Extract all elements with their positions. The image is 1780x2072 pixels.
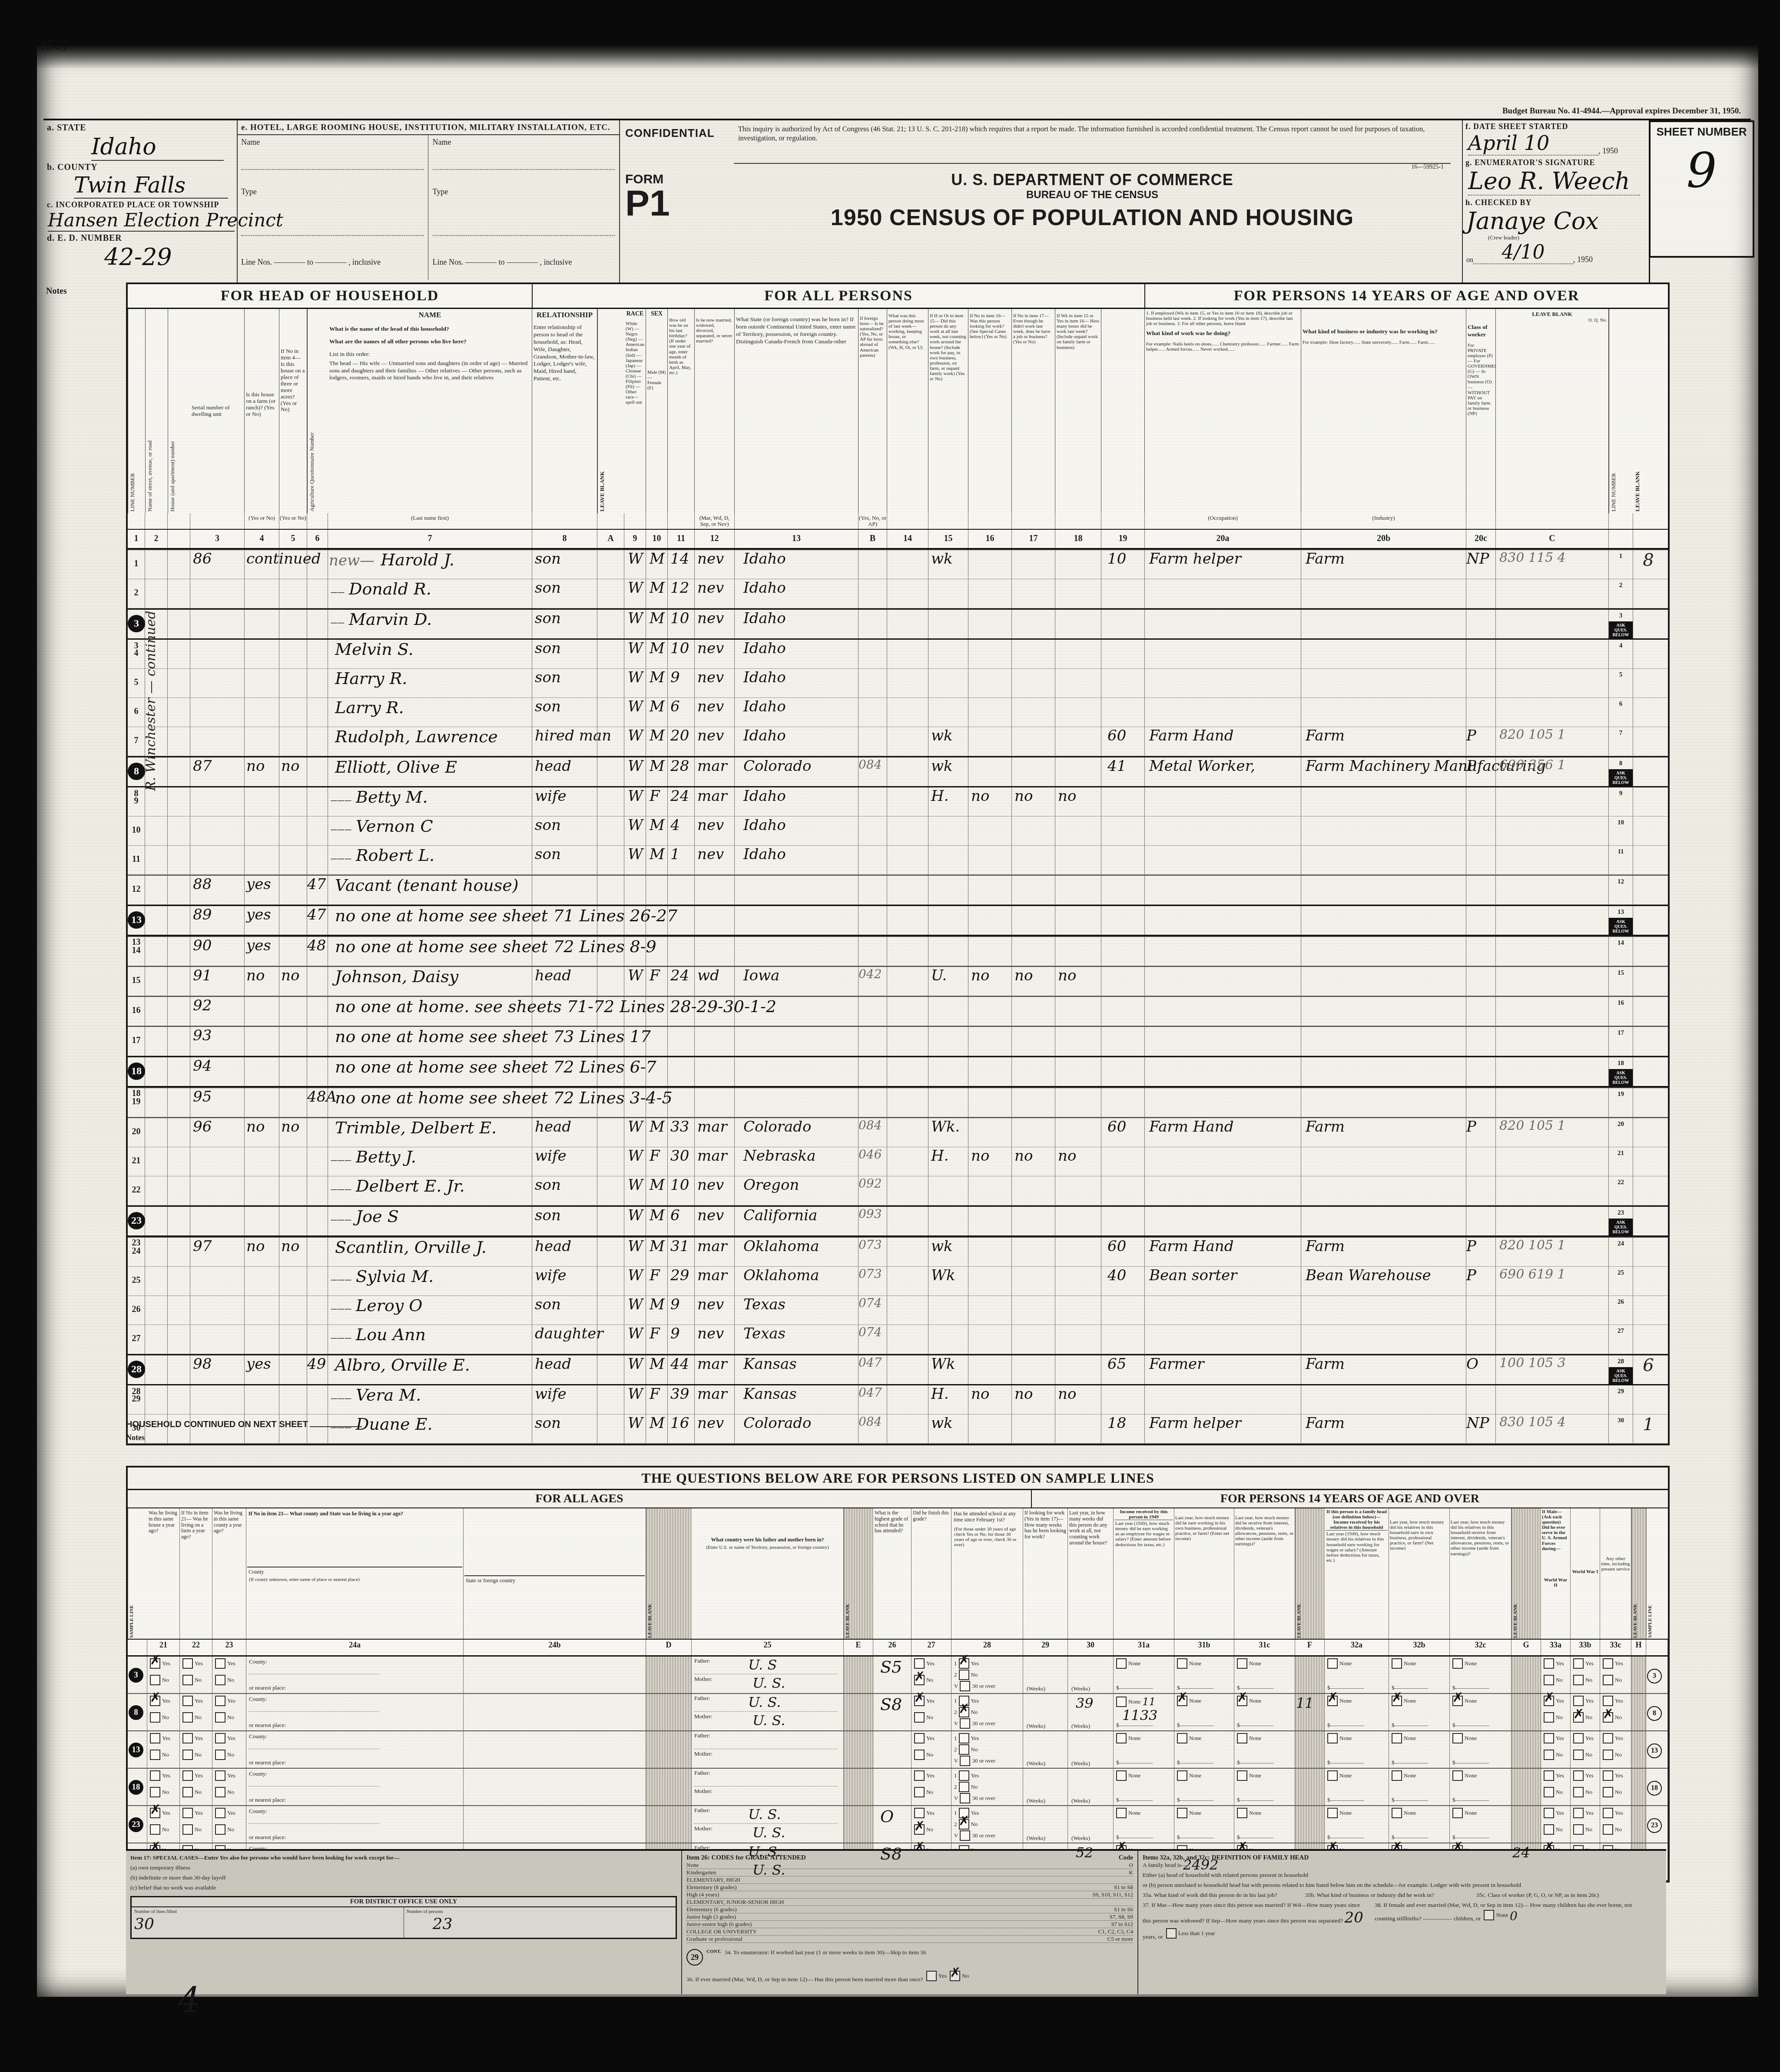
on-label: on xyxy=(1466,256,1473,264)
person-name: Betty J. xyxy=(356,1147,416,1166)
relationship-value: hired man xyxy=(535,727,611,744)
serial-number: 93 xyxy=(193,1027,212,1044)
q33a-label: World War II xyxy=(1542,1577,1569,1588)
race-value: W xyxy=(628,817,643,834)
line-number-right: 24 xyxy=(1609,1240,1633,1248)
sex-value: F xyxy=(650,1385,660,1403)
birthplace-value: Kansas xyxy=(743,1355,797,1373)
industry-hint: (Industry) xyxy=(1301,513,1466,529)
grade-label: Graduate or professional xyxy=(686,1936,742,1942)
bcol-22: If No in item 21— Was he living on a far… xyxy=(180,1508,212,1639)
table-row: 26 ———Leroy O son W M 9 nev Texas 074 xyxy=(128,1296,1668,1325)
item-37-value: 20 xyxy=(1345,1909,1363,1926)
special-cases-title: Item 17: SPECIAL CASES—Enter Yes also fo… xyxy=(130,1854,677,1862)
ditto-dash: ——— xyxy=(331,1275,351,1284)
code-b-value: 074 xyxy=(859,1296,882,1310)
hotel-type-field-2: Type xyxy=(433,170,615,236)
age-value: 30 xyxy=(670,1147,689,1165)
bcol-32a: If this person is a family head (see def… xyxy=(1325,1508,1389,1639)
marital-value: nev xyxy=(697,846,724,863)
district-col1-label: Number of lines filled xyxy=(134,1909,176,1914)
line-number-right: 30 xyxy=(1609,1417,1633,1424)
bcol-sample-line-right: SAMPLE LINE xyxy=(1646,1508,1668,1639)
margin-note: 1 xyxy=(1633,1415,1664,1434)
special-case-b: (b) indefinite or more than 30-day layof… xyxy=(130,1874,677,1882)
line-number: 27 xyxy=(128,1334,145,1344)
relationship-value: son xyxy=(535,846,561,863)
ask-ques-below-badge: ASK QUES. BELOW xyxy=(1609,1367,1633,1385)
grade-code: S7, S8, S9 xyxy=(1110,1913,1133,1920)
line-number-right: 12 xyxy=(1609,878,1633,886)
dept-title: U. S. DEPARTMENT OF COMMERCE xyxy=(734,171,1451,189)
line-number-right: 16 xyxy=(1609,999,1633,1007)
serial-number: 86 xyxy=(193,550,212,568)
sample-row-badge: 3 xyxy=(129,1668,143,1683)
occupation-value: Farm helper xyxy=(1149,1415,1241,1432)
marital-value: nev xyxy=(697,1176,724,1194)
birthplace-value: Idaho xyxy=(743,727,786,744)
table-row: 1818 94 no one at home see sheet 72 Line… xyxy=(128,1056,1668,1087)
marital-value: nev xyxy=(697,817,724,834)
line-number-right: 9 xyxy=(1609,790,1633,797)
section-head-of-household: FOR HEAD OF HOUSEHOLD xyxy=(128,284,533,308)
birthplace-value: Idaho xyxy=(743,579,786,597)
veteran-band: If Male— (Ask each question) Did he ever… xyxy=(1542,1509,1569,1551)
line-number-right: 8 xyxy=(1609,760,1633,767)
line-number: 10 xyxy=(128,825,145,835)
age-value: 9 xyxy=(670,669,680,686)
hotel-name-field: Name xyxy=(241,138,424,170)
q28-note: (For those under 30 years of age check Y… xyxy=(952,1525,1022,1549)
hours-value: 65 xyxy=(1107,1355,1126,1373)
sex-value: M xyxy=(650,610,665,627)
race-value: W xyxy=(628,1267,643,1284)
weeks-worked: 39 xyxy=(1076,1695,1094,1711)
q24-text: If No in item 23— What county and State … xyxy=(247,1509,462,1519)
line-number: 14 xyxy=(128,946,145,956)
bcol-31b: Last year, how much money did he earn wo… xyxy=(1174,1508,1234,1639)
table-row: 1 86 continued new—Harold J. son W M 14 … xyxy=(128,549,1668,579)
has-job-value: no xyxy=(1058,967,1076,984)
nat-hint: (Yes, No, or AP) xyxy=(859,513,887,529)
code-b-value: 084 xyxy=(859,1118,882,1132)
confidential-text: This inquiry is authorized by Act of Con… xyxy=(734,120,1451,164)
birthplace-value: Texas xyxy=(743,1296,786,1313)
line-number-right: 15 xyxy=(1609,970,1633,977)
mother-country: U. S. xyxy=(752,1824,785,1841)
hours-value: 41 xyxy=(1107,757,1126,775)
person-name: Harry R. xyxy=(335,669,407,688)
sex-value: M xyxy=(650,1118,665,1136)
farm-answer: no xyxy=(246,1238,265,1255)
marital-value: mar xyxy=(697,1267,727,1284)
relationship-value: son xyxy=(535,1176,561,1194)
code-b-value: 074 xyxy=(859,1325,882,1339)
county-value: Twin Falls xyxy=(74,173,228,199)
table-row: 17 93 no one at home see sheet 73 Lines … xyxy=(128,1026,1668,1056)
birthplace-value: Oklahoma xyxy=(743,1267,819,1284)
col-serial: Serial number of dwelling unit xyxy=(190,309,245,513)
person-name: Duane E. xyxy=(356,1415,432,1434)
line-number-right: 13 xyxy=(1609,909,1633,916)
birthplace-value: Iowa xyxy=(743,967,779,984)
age-value: 31 xyxy=(670,1238,689,1255)
birthplace-value: Idaho xyxy=(743,550,786,568)
industry-value: Farm xyxy=(1306,1118,1345,1136)
age-value: 24 xyxy=(670,967,689,984)
person-name: Harold J. xyxy=(381,550,454,569)
race-value: W xyxy=(628,787,643,805)
sex-value: F xyxy=(650,1325,660,1342)
item-35a: 35a. What kind of work did this person d… xyxy=(1143,1892,1299,1899)
marital-value: mar xyxy=(697,1118,727,1136)
line-number: 25 xyxy=(128,1275,145,1285)
sex-title: SEX xyxy=(647,311,666,318)
col-item19b xyxy=(1101,309,1145,513)
family-band: If this person is a family head (see def… xyxy=(1326,1509,1388,1531)
code-c-value: 830 115 4 xyxy=(1499,550,1566,565)
code-c-value: 830 105 4 xyxy=(1499,1415,1566,1430)
race-value: W xyxy=(628,698,643,715)
code-c-value: 690 619 1 xyxy=(1499,1267,1566,1282)
grade-value: S8 xyxy=(880,1695,902,1714)
serial-number: 87 xyxy=(193,757,212,775)
sample-row-badge: 13 xyxy=(129,1743,143,1757)
line-number: 5 xyxy=(128,677,145,687)
line-number-right: 5 xyxy=(1609,671,1633,679)
worked-value: no xyxy=(971,787,989,805)
cont-badge: 29 xyxy=(686,1949,703,1966)
grade-code: S1 to S6 xyxy=(1114,1906,1133,1913)
sex-value: F xyxy=(650,1267,660,1284)
occupation-value: Farm Hand xyxy=(1149,727,1233,744)
has-job-value: no xyxy=(1058,1385,1076,1403)
sample-row-badge: 18 xyxy=(129,1780,143,1795)
occupation-examples: For example: Nails heels on shoes...... … xyxy=(1146,342,1299,352)
q24a-note: (If county unknown, enter name of place … xyxy=(247,1577,462,1582)
marital-value: mar xyxy=(697,1147,727,1165)
person-name: Joe S xyxy=(356,1207,399,1226)
name-list-label: List in this order: xyxy=(329,351,530,358)
age-value: 6 xyxy=(670,698,680,715)
sample-row: 18 Yes No Yes No Yes No County: or xyxy=(128,1769,1668,1806)
person-name: Melvin S. xyxy=(335,640,413,659)
class-of-worker-value: P xyxy=(1466,757,1476,775)
stray-mark: 0 xyxy=(1510,1909,1518,1923)
acres-answer: no xyxy=(281,1118,299,1136)
item-34: 34. To enumerator: If worked last year (… xyxy=(725,1949,926,1956)
bcol-31a: Income received by this person in 1949 L… xyxy=(1114,1508,1174,1639)
grade-label: Elementary (8 grades) xyxy=(686,1884,737,1891)
sample-line-badge: 3 xyxy=(128,615,145,632)
class-codes: For PRIVATE employer (P) — For GOVERNMEN… xyxy=(1468,343,1494,416)
ditto-dash: —— xyxy=(331,588,345,596)
person-name: no one at home see sheet 72 Lines 6-7 xyxy=(335,1057,656,1076)
q24b-label: State or foreign country xyxy=(464,1575,645,1586)
bcol-33c: Any other time, including present servic… xyxy=(1600,1508,1631,1639)
q24a-label: County xyxy=(247,1567,462,1577)
ask-ques-below-badge: ASK QUES. BELOW xyxy=(1609,621,1633,639)
col-item17: If No in item 16— Was this person lookin… xyxy=(968,309,1012,513)
looking-value: no xyxy=(1014,1385,1033,1403)
oq-no-hint: O. Q. No. xyxy=(1497,318,1607,323)
code-g-value: 24 xyxy=(1512,1844,1530,1861)
father-country: U. S. xyxy=(748,1694,781,1710)
birthplace-value: Colorado xyxy=(743,1118,812,1136)
bcol-27: Did he finish this grade? xyxy=(912,1508,951,1639)
class-of-worker-value: P xyxy=(1466,727,1476,744)
bcol-F: LEAVE BLANK xyxy=(1295,1508,1325,1639)
sheet-number-label: SHEET NUMBER xyxy=(1651,122,1753,138)
occupation-value: Farmer xyxy=(1149,1355,1204,1373)
col-item16: If H or Ot in item 15— Did this person d… xyxy=(928,309,968,513)
table-row: 7 Rudolph, Lawrence hired man W M 20 nev… xyxy=(128,727,1668,756)
date-started-label: f. DATE SHEET STARTED xyxy=(1462,120,1649,131)
grade-code: S7 to S12 xyxy=(1111,1921,1133,1928)
district-office-title: FOR DISTRICT OFFICE USE ONLY xyxy=(132,1897,676,1907)
bcol-24b: State or foreign country xyxy=(464,1508,646,1639)
table-row: 25 ———Sylvia M. wife W F 29 mar Oklahoma… xyxy=(128,1267,1668,1296)
sample-row-badge-right: 8 xyxy=(1647,1706,1662,1721)
ag-questionnaire-number: 47 xyxy=(307,876,326,893)
has-job-value: no xyxy=(1058,1147,1076,1165)
person-name: Rudolph, Lawrence xyxy=(335,727,498,746)
col-ag-questionnaire: Agriculture Questionnaire Number xyxy=(307,309,328,513)
relationship-value: head xyxy=(535,1238,571,1255)
age-value: 16 xyxy=(670,1415,689,1432)
occupation-value: Metal Worker, xyxy=(1149,757,1255,775)
checked-year: , 1950 xyxy=(1573,255,1593,264)
line-number: 20 xyxy=(128,1127,145,1137)
code-f-value: 11 xyxy=(1296,1695,1314,1711)
hotel-label: e. HOTEL, LARGE ROOMING HOUSE, INSTITUTI… xyxy=(237,120,619,135)
race-value: W xyxy=(628,1355,643,1373)
sample-row-badge-right: 13 xyxy=(1647,1743,1662,1758)
sample-row: 3 ✗Yes No Yes No Yes No County: or xyxy=(128,1657,1668,1694)
enumerator-label: g. ENUMERATOR'S SIGNATURE xyxy=(1462,156,1649,167)
activity-value: wk xyxy=(931,550,953,568)
class-q: Class of worker xyxy=(1468,324,1494,339)
line-number-right: 4 xyxy=(1609,642,1633,650)
industry-value: Bean Warehouse xyxy=(1306,1267,1431,1284)
birthplace-value: Idaho xyxy=(743,640,786,657)
age-value: 29 xyxy=(670,1267,689,1284)
person-name: Donald R. xyxy=(349,579,431,598)
activity-value: Wk xyxy=(931,1355,955,1373)
table-row: 9 ———Betty M. wife W F 24 mar Idaho H. n… xyxy=(128,787,1668,817)
relationship-value: son xyxy=(535,610,561,627)
hotel-name-field-2: Name xyxy=(433,138,615,170)
street-column-note: R. Winchester — continued xyxy=(143,574,159,791)
note-31a: 11 xyxy=(1142,1696,1156,1708)
ditto-dash: ——— xyxy=(331,854,351,863)
line-number-right: 14 xyxy=(1609,940,1633,947)
line-number-right: 3 xyxy=(1609,612,1633,620)
item-37-suffix: years, or xyxy=(1143,1933,1163,1940)
bcol-G: LEAVE BLANK xyxy=(1512,1508,1541,1639)
grade-label: Elementary (6 grades) xyxy=(686,1906,737,1913)
line-number-right: 6 xyxy=(1609,701,1633,708)
farm-answer: no xyxy=(246,1118,265,1136)
notes-label: Notes xyxy=(46,286,67,296)
population-table: FOR HEAD OF HOUSEHOLD FOR ALL PERSONS FO… xyxy=(126,282,1670,1445)
special-case-a: (a) own temporary illness xyxy=(130,1864,677,1872)
district-value-1: 30 xyxy=(134,1915,401,1933)
race-value: W xyxy=(628,1238,643,1255)
marital-value: nev xyxy=(697,550,724,568)
col-leave-blank-c: LEAVE BLANK O. Q. No. xyxy=(1496,309,1609,513)
bcol-32b: Last year, how much money did his relati… xyxy=(1389,1508,1450,1639)
birthplace-value: Texas xyxy=(743,1325,786,1342)
col-leave-blank-outer: LEAVE BLANK xyxy=(1633,309,1664,513)
relationship-title: RELATIONSHIP xyxy=(534,311,596,319)
grade-value: O xyxy=(880,1807,894,1826)
table-row: 16 92 no one at home. see sheets 71-72 L… xyxy=(128,996,1668,1026)
line-number-right: 23 xyxy=(1609,1209,1633,1217)
family-head-2: Either (a) head of household with relate… xyxy=(1143,1872,1662,1879)
enumerator-signature: Leo R. Weech xyxy=(1468,167,1640,196)
hours-value: 40 xyxy=(1107,1267,1126,1284)
relationship-value: daughter xyxy=(535,1325,603,1342)
sex-value: F xyxy=(650,1147,660,1165)
hint-row: (Yes or No)(Yes or No) (Last name first)… xyxy=(128,513,1668,529)
table-row: 10 ———Vernon C son W M 4 nev Idaho xyxy=(128,817,1668,846)
township-label: c. INCORPORATED PLACE OR TOWNSHIP xyxy=(43,199,237,209)
relationship-value: wife xyxy=(535,1267,567,1284)
leave-blank-c-title: LEAVE BLANK xyxy=(1497,311,1607,318)
line-number-right: 19 xyxy=(1609,1091,1633,1098)
form-header: a. STATE Idaho b. COUNTY Twin Falls c. I… xyxy=(43,119,1751,283)
person-name: Larry R. xyxy=(335,698,404,717)
sample-row-badge: 23 xyxy=(129,1817,143,1832)
line-number-right: 29 xyxy=(1609,1388,1633,1395)
table-rows: 1 86 continued new—Harold J. son W M 14 … xyxy=(128,549,1668,1444)
grade-label: Kindergarten xyxy=(686,1869,716,1876)
looking-value: no xyxy=(1014,1147,1033,1165)
person-name: Sylvia M. xyxy=(356,1267,434,1286)
race-value: W xyxy=(628,846,643,863)
grade-label: Junior high (3 grades) xyxy=(686,1913,736,1920)
sample-row: 23 ✗Yes No Yes No Yes No County: or xyxy=(128,1806,1668,1843)
marital-value: wd xyxy=(697,967,719,984)
marital-value: nev xyxy=(697,610,724,627)
bcol-29: If looking for work (Yes in item 17)— Ho… xyxy=(1023,1508,1068,1639)
line-number: 24 xyxy=(128,1246,145,1256)
ag-questionnaire-number: 47 xyxy=(307,906,326,923)
age-value: 1 xyxy=(670,846,680,863)
class-of-worker-value: NP xyxy=(1466,550,1489,568)
ask-ques-below-badge: ASK QUES. BELOW xyxy=(1609,918,1633,936)
census-title: 1950 CENSUS OF POPULATION AND HOUSING xyxy=(734,205,1451,231)
sample-row-badge-right: 18 xyxy=(1647,1781,1662,1796)
col-street: Name of street, avenue, or road xyxy=(145,309,168,513)
line-number-right: 17 xyxy=(1609,1029,1633,1037)
activity-value: wk xyxy=(931,727,953,744)
hours-value: 60 xyxy=(1107,1238,1126,1255)
line-number-right: 10 xyxy=(1609,819,1633,827)
age-value: 4 xyxy=(670,817,680,834)
col-class-of-worker: Class of worker For PRIVATE employer (P)… xyxy=(1466,309,1496,513)
to-label-2: to xyxy=(499,258,505,266)
person-name: Leroy O xyxy=(356,1296,422,1315)
line-number-right: 21 xyxy=(1609,1150,1633,1157)
section-all-persons: FOR ALL PERSONS xyxy=(533,284,1145,308)
q31a-text: Last year (1949), how much money did he … xyxy=(1114,1520,1173,1548)
occupation-hint: (Occupation) xyxy=(1145,513,1301,529)
table-row: 22 ———Delbert E. Jr. son W M 10 nev Oreg… xyxy=(128,1176,1668,1205)
farm-answer: yes xyxy=(246,1355,271,1373)
race-value: W xyxy=(628,1118,643,1136)
grade-code: S9, S10, S11, S12 xyxy=(1093,1891,1133,1898)
line-number: 15 xyxy=(128,976,145,986)
margin-note: 8 xyxy=(1633,550,1664,570)
grade-code: S1 to S8 xyxy=(1114,1884,1133,1891)
looking-value: no xyxy=(1014,787,1033,805)
crew-leader-sub: (Crew leader) xyxy=(1488,235,1649,241)
person-name: Elliott, Olive E xyxy=(335,757,457,777)
table-row: 12 88 yes 47 Vacant (tenant house) xyxy=(128,875,1668,905)
person-name: Vernon C xyxy=(356,817,433,836)
col-item15: What was this person doing most of last … xyxy=(887,309,928,513)
col-birthplace: What State (or foreign country) was he b… xyxy=(735,309,859,513)
serial-number: 92 xyxy=(193,997,212,1014)
date-started-value: April 10 xyxy=(1468,131,1598,156)
code-b-value: 047 xyxy=(859,1355,882,1370)
checked-date: 4/10 xyxy=(1473,241,1573,264)
mother-country: U. S. xyxy=(752,1862,785,1878)
serial-number: 96 xyxy=(193,1118,212,1136)
bureau-title: BUREAU OF THE CENSUS xyxy=(734,189,1451,201)
family-head-title: Items 32a, 32b, and 32c: DEFINITION OF F… xyxy=(1143,1854,1662,1862)
race-text: White (W) — Negro (Neg) — American India… xyxy=(626,321,644,405)
occupation-value: Farm Hand xyxy=(1149,1118,1233,1136)
grade-value: S5 xyxy=(880,1657,902,1677)
activity-value: U. xyxy=(931,967,947,984)
margin-note: 6 xyxy=(1633,1355,1664,1375)
ditto-dash: ——— xyxy=(331,1156,351,1164)
person-name: Vacant (tenant house) xyxy=(335,876,519,895)
industry-value: Farm xyxy=(1306,727,1345,744)
marital-value: nev xyxy=(697,727,724,744)
race-value: W xyxy=(628,1176,643,1194)
person-name: no one at home. see sheets 71-72 Lines 2… xyxy=(335,997,776,1016)
grade-codes-title: Item 26: CODES for GRADE ATTENDED xyxy=(686,1854,806,1862)
ed-number-label: d. E. D. NUMBER xyxy=(43,232,237,243)
birthplace-value: Oklahoma xyxy=(743,1238,819,1255)
person-name: no one at home see sheet 72 Lines 3-4-5 xyxy=(335,1088,673,1107)
state-label: a. STATE xyxy=(43,120,237,133)
age-value: 20 xyxy=(670,727,689,744)
for-all-ages: FOR ALL AGES xyxy=(128,1490,1032,1508)
birthplace-value: Idaho xyxy=(743,669,786,686)
code-c-value: 820 105 1 xyxy=(1499,727,1566,742)
confidential-label: CONFIDENTIAL xyxy=(625,126,734,140)
marital-value: nev xyxy=(697,1415,724,1432)
code-b-value: 093 xyxy=(859,1207,882,1221)
person-name: Betty M. xyxy=(356,787,428,807)
q25-text: What country were his father and mother … xyxy=(693,1535,842,1545)
footer-notes: Item 17: SPECIAL CASES—Enter Yes also fo… xyxy=(126,1849,1666,1994)
industry-value: Farm xyxy=(1306,1238,1345,1255)
code-b-value: 047 xyxy=(859,1385,882,1400)
activity-value: Wk xyxy=(931,1267,955,1284)
marital-value: nev xyxy=(697,698,724,715)
table-row: 21 ———Betty J. wife W F 30 mar Nebraska … xyxy=(128,1147,1668,1176)
form-number: P1 xyxy=(625,187,734,220)
line-number-right: 25 xyxy=(1609,1269,1633,1277)
industry-value: Farm xyxy=(1306,550,1345,568)
table-row: 33 ——Marvin D. son W M 10 nev Idaho xyxy=(128,608,1668,640)
